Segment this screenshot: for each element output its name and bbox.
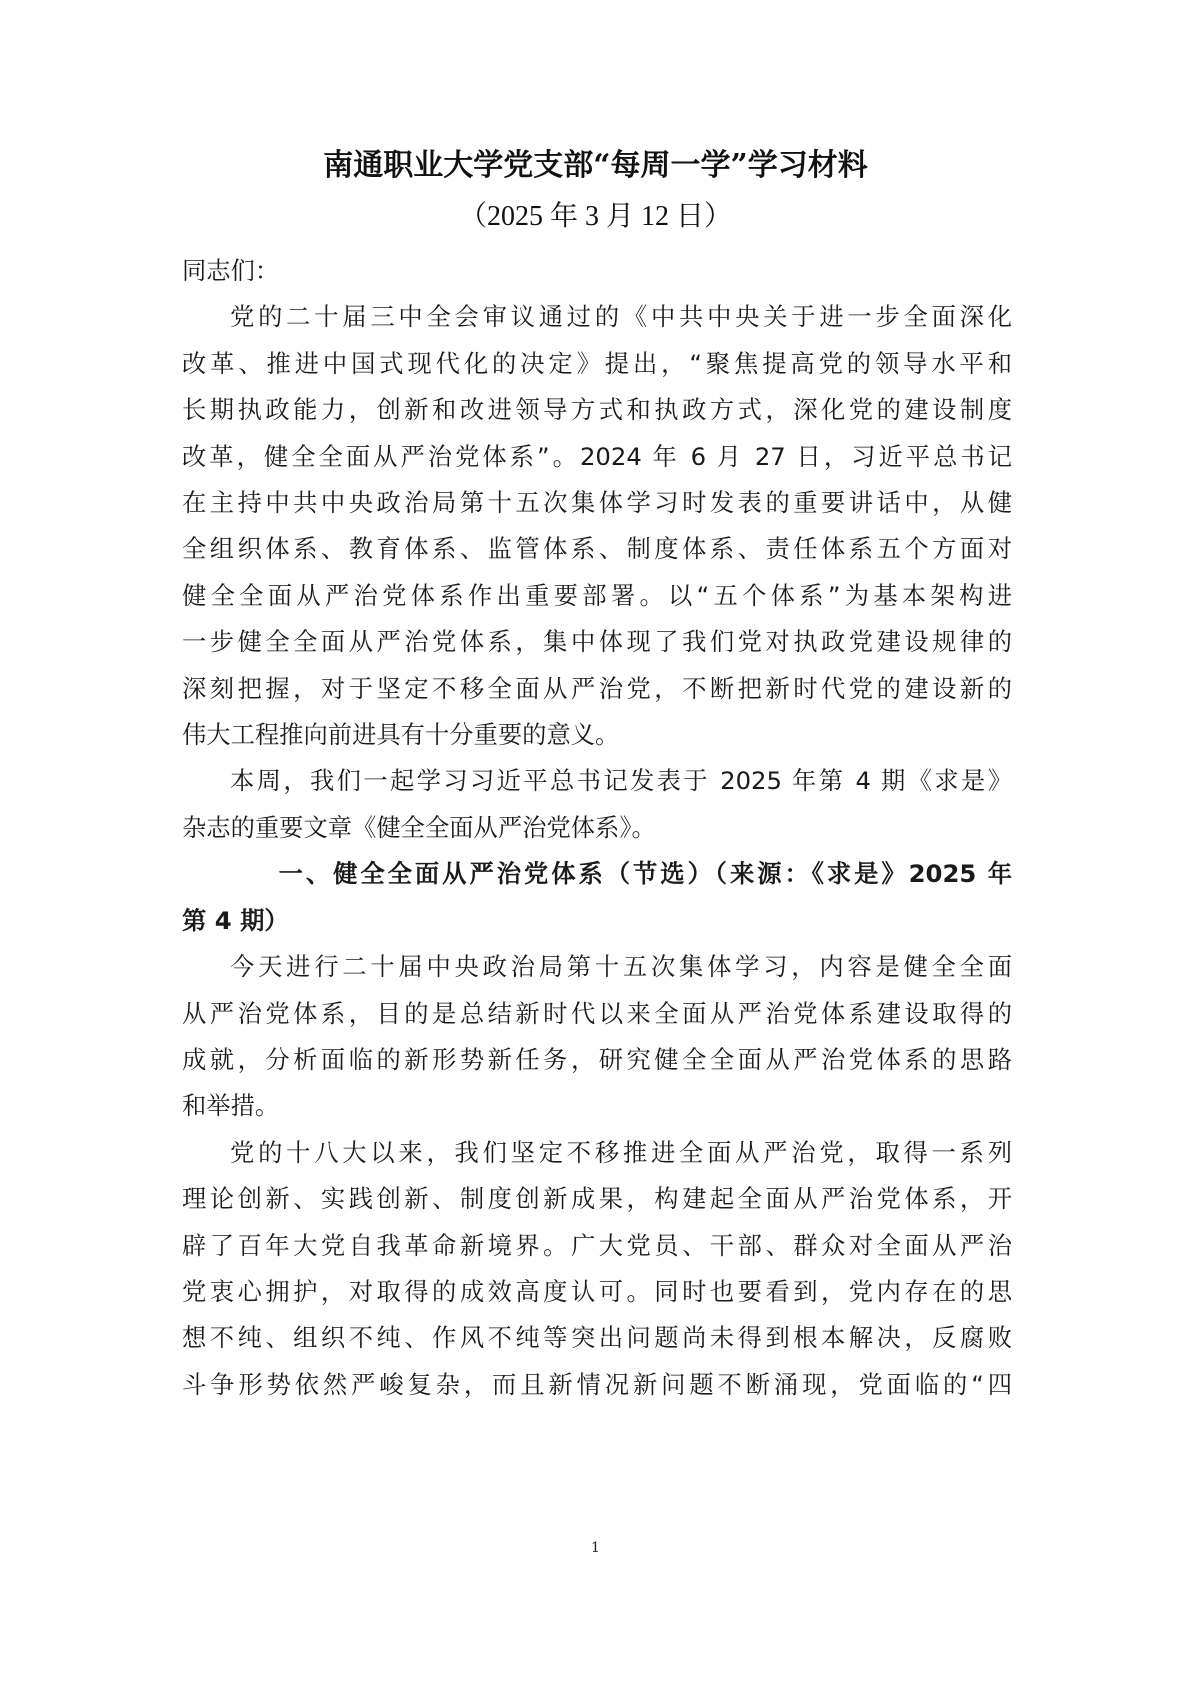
text-line: 一步健全全面从严治党体系，集中体现了我们党对执政党建设规律的 [182,619,1012,665]
paragraph-this-week: 本周，我们一起学习习近平总书记发表于 2025 年第 4 期《求是》 杂志的重要… [182,758,1012,851]
page-number: 1 [0,1540,1191,1556]
text-line: 党的十八大以来，我们坚定不移推进全面从严治党，取得一系列 [182,1130,1012,1176]
document-body: 同志们： 党的二十届三中全会审议通过的《中共中央关于进一步全面深化 改革、推进中… [182,248,1012,1408]
salutation: 同志们： [182,248,1012,294]
text-line: 健全全面从严治党体系作出重要部署。以“五个体系”为基本架构进 [182,573,1012,619]
document-page: 南通职业大学党支部“每周一学”学习材料 （2025 年 3 月 12 日） 同志… [0,0,1191,1684]
text-line: 杂志的重要文章《健全全面从严治党体系》。 [182,805,1012,851]
paragraph-since-18th: 党的十八大以来，我们坚定不移推进全面从严治党，取得一系列 理论创新、实践创新、制… [182,1130,1012,1408]
text-line: 斗争形势依然严峻复杂，而且新情况新问题不断涌现，党面临的“四 [182,1362,1012,1408]
text-line: 今天进行二十届中央政治局第十五次集体学习，内容是健全全面 [182,944,1012,990]
text-line: 理论创新、实践创新、制度创新成果，构建起全面从严治党体系，开 [182,1176,1012,1222]
text-line: 辟了百年大党自我革命新境界。广大党员、干部、群众对全面从严治 [182,1223,1012,1269]
text-line: 改革，健全全面从严治党体系”。2024 年 6 月 27 日，习近平总书记 [182,434,1012,480]
text-line: 改革、推进中国式现代化的决定》提出，“聚焦提高党的领导水平和 [182,341,1012,387]
text-line: 从严治党体系，目的是总结新时代以来全面从严治党体系建设取得的 [182,991,1012,1037]
document-title: 南通职业大学党支部“每周一学”学习材料 [0,146,1191,186]
paragraph-intro: 党的二十届三中全会审议通过的《中共中央关于进一步全面深化 改革、推进中国式现代化… [182,294,1012,758]
text-line: 在主持中共中央政治局第十五次集体学习时发表的重要讲话中，从健 [182,480,1012,526]
text-line: 本周，我们一起学习习近平总书记发表于 2025 年第 4 期《求是》 [182,758,1012,804]
document-date: （2025 年 3 月 12 日） [0,197,1191,237]
heading-line: 一、健全全面从严治党体系（节选）（来源：《求是》2025 年 [182,851,1012,897]
text-line: 想不纯、组织不纯、作风不纯等突出问题尚未得到根本解决，反腐败 [182,1315,1012,1361]
paragraph-today: 今天进行二十届中央政治局第十五次集体学习，内容是健全全面 从严治党体系，目的是总… [182,944,1012,1130]
text-line: 和举措。 [182,1083,1012,1129]
heading-line: 第 4 期） [182,898,1012,944]
text-line: 党衷心拥护，对取得的成效高度认可。同时也要看到，党内存在的思 [182,1269,1012,1315]
text-line: 长期执政能力，创新和改进领导方式和执政方式，深化党的建设制度 [182,387,1012,433]
text-line: 深刻把握，对于坚定不移全面从严治党，不断把新时代党的建设新的 [182,666,1012,712]
text-line: 党的二十届三中全会审议通过的《中共中央关于进一步全面深化 [182,294,1012,340]
section-heading: 一、健全全面从严治党体系（节选）（来源：《求是》2025 年 第 4 期） [182,851,1012,944]
text-line: 成就，分析面临的新形势新任务，研究健全全面从严治党体系的思路 [182,1037,1012,1083]
text-line: 全组织体系、教育体系、监管体系、制度体系、责任体系五个方面对 [182,526,1012,572]
text-line: 伟大工程推向前进具有十分重要的意义。 [182,712,1012,758]
